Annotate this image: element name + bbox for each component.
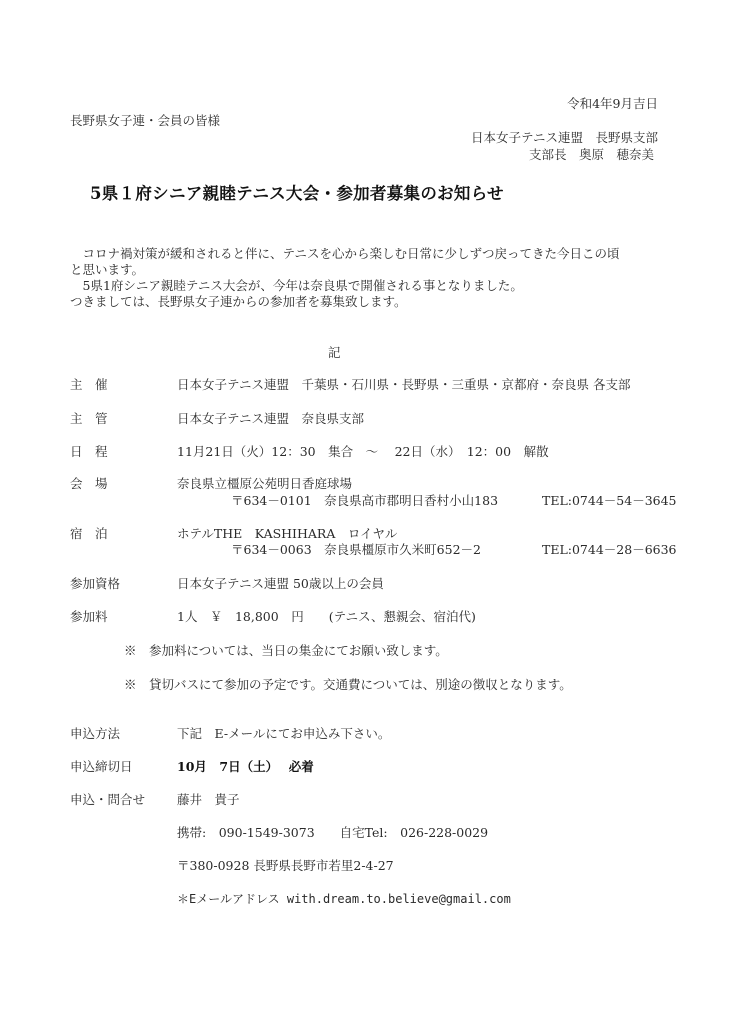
lodging-label: 宿 泊 [70,526,108,542]
fee-value: 1人 ￥ 18,800 円 (テニス、懇親会、宿泊代) [177,609,476,625]
deadline-value: 10月 7日（土） 必着 [177,759,314,775]
host-value: 日本女子テニス連盟 奈良県支部 [177,411,364,427]
venue-name: 奈良県立橿原公苑明日香庭球場 [177,476,352,492]
sender-name: 支部長 奥原 穂奈美 [529,147,654,163]
venue-address: 〒634－0101 奈良県高市郡明日香村小山183 [231,493,498,509]
organizer-label: 主 催 [70,377,108,393]
venue-tel: TEL:0744－54－3645 [542,493,677,509]
venue-label: 会 場 [70,476,108,492]
method-label: 申込方法 [70,726,120,742]
contact-label: 申込・問合せ [70,792,145,808]
contact-name: 藤井 貴子 [177,792,240,808]
lodging-tel: TEL:0744－28－6636 [542,542,677,558]
deadline-label: 申込締切日 [70,759,133,775]
intro-line-4: つきましては、長野県女子連からの参加者を募集致します。 [70,294,407,310]
schedule-value: 11月21日（火）12：30 集合 ～ 22日（水） 12：00 解散 [177,444,549,460]
lodging-name: ホテルTHE KASHIHARA ロイヤル [177,526,397,542]
organizer-value: 日本女子テニス連盟 千葉県・石川県・長野県・三重県・京都府・奈良県 各支部 [177,377,630,393]
intro-line-1: コロナ禍対策が緩和されると伴に、テニスを心から楽しむ日常に少しずつ戻ってきた今日… [70,246,620,262]
contact-email[interactable]: ＊Eメールアドレス with.dream.to.believe@gmail.co… [177,891,511,907]
eligibility-value: 日本女子テニス連盟 50歳以上の会員 [177,576,384,592]
eligibility-label: 参加資格 [70,576,120,592]
fee-note: ※ 参加料については、当日の集金にてお願い致します。 [124,643,448,659]
schedule-label: 日 程 [70,444,108,460]
addressee: 長野県女子連・会員の皆様 [70,113,220,129]
document-title: 5県１府シニア親睦テニス大会・参加者募集のお知らせ [90,186,504,202]
sender-organization: 日本女子テニス連盟 長野県支部 [471,130,658,146]
contact-address: 〒380-0928 長野県長野市若里2-4-27 [177,858,394,874]
host-label: 主 管 [70,411,108,427]
lodging-address: 〒634－0063 奈良県橿原市久米町652－2 [231,542,481,558]
contact-phones: 携帯: 090-1549-3073 自宅Tel: 026-228-0029 [177,825,488,841]
ki-heading: 記 [328,345,341,361]
issue-date: 令和4年9月吉日 [567,96,658,112]
method-value: 下記 E-メールにてお申込み下さい。 [177,726,390,742]
bus-note: ※ 貸切バスにて参加の予定です。交通費については、別途の徴収となります。 [124,677,572,693]
intro-line-3: 5県1府シニア親睦テニス大会が、今年は奈良県で開催される事となりました。 [70,278,523,294]
intro-line-2: と思います。 [70,262,144,278]
fee-label: 参加料 [70,609,108,625]
